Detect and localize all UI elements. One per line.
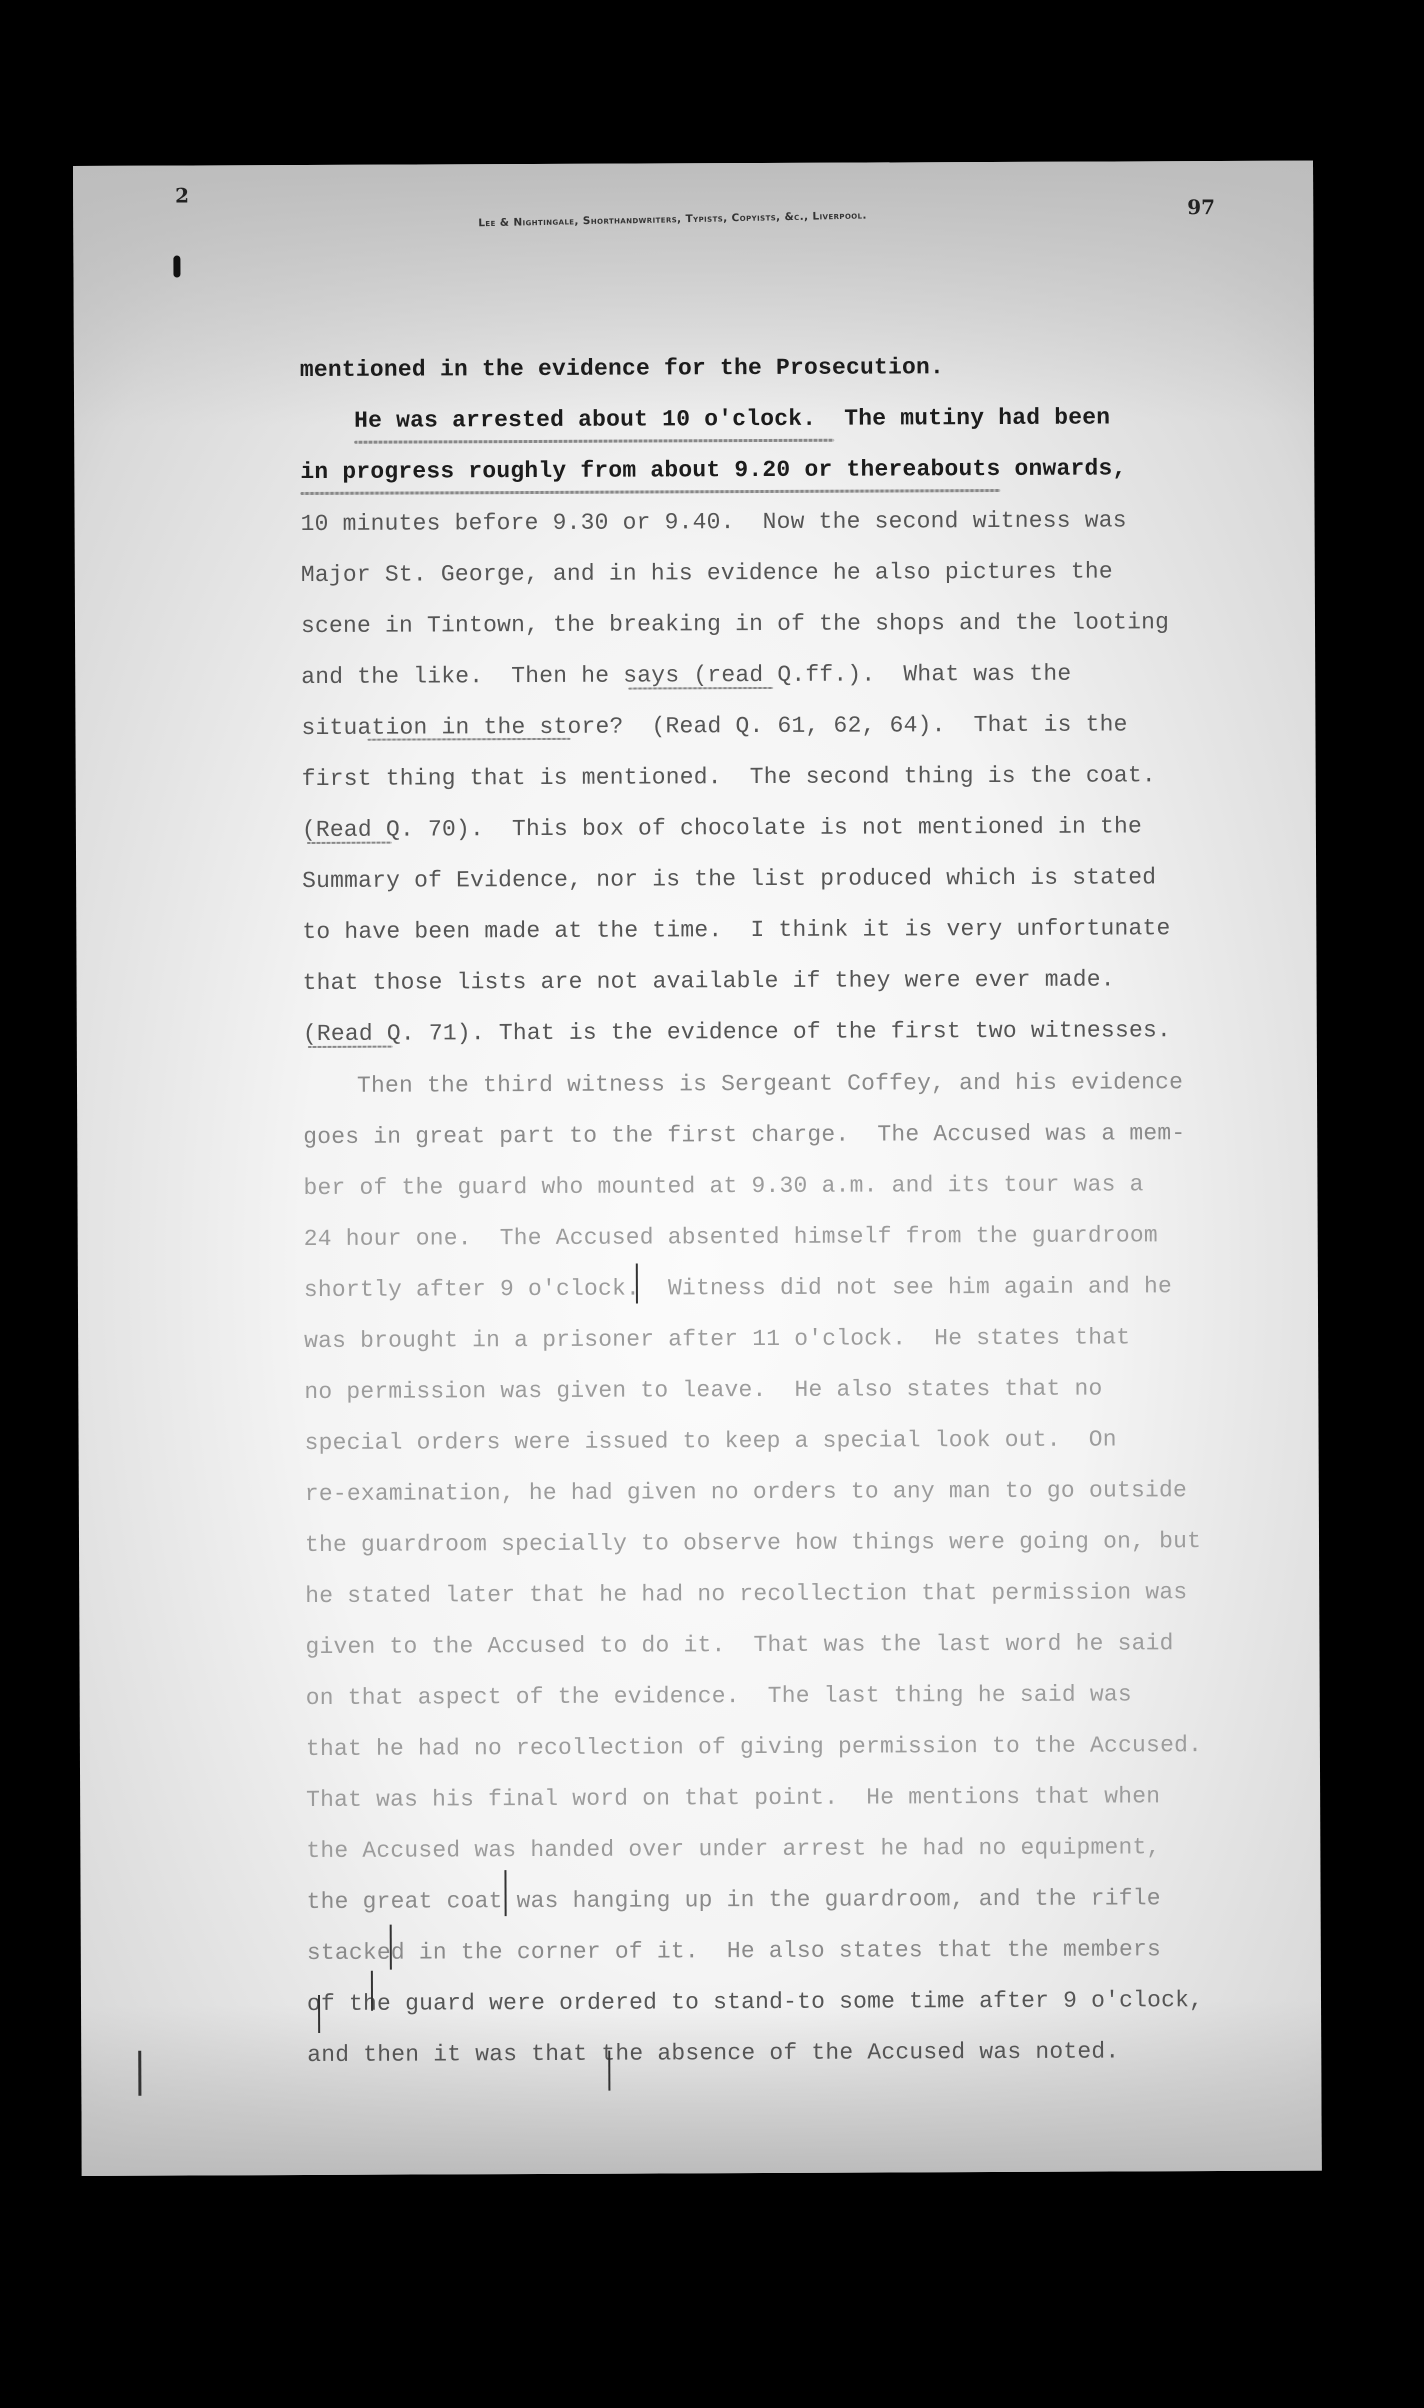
reference-underline <box>368 738 571 741</box>
text-line: on that aspect of the evidence. The last… <box>306 1681 1132 1711</box>
text-line: and the like. Then he says (read Q.ff.).… <box>301 661 1071 690</box>
text-line: re-examination, he had given no orders t… <box>305 1477 1187 1507</box>
pencil-underline <box>300 489 1000 495</box>
page-shading-top <box>73 161 1314 426</box>
text-line: situation in the store? (Read Q. 61, 62,… <box>301 711 1127 741</box>
text-line: (Read Q. 70). This box of chocolate is n… <box>302 813 1142 843</box>
text-line: That was his final word on that point. H… <box>306 1783 1160 1813</box>
text-line: in progress roughly from about 9.20 or t… <box>300 455 1126 485</box>
scan-mark <box>371 1971 373 2011</box>
scan-mark <box>636 1264 638 1304</box>
text-line: (Read Q. 71). That is the evidence of th… <box>303 1017 1171 1047</box>
text-line: shortly after 9 o'clock. Witness did not… <box>304 1273 1172 1303</box>
text-line: was brought in a prisoner after 11 o'clo… <box>304 1324 1130 1354</box>
text-line: Summary of Evidence, nor is the list pro… <box>302 864 1156 894</box>
text-line: stacked in the corner of it. He also sta… <box>307 1936 1161 1966</box>
text-line: and then it was that the absence of the … <box>307 2038 1119 2068</box>
text-line: goes in great part to the first charge. … <box>303 1120 1185 1150</box>
reference-underline <box>307 842 392 844</box>
scan-mark <box>608 2051 610 2091</box>
reference-underline <box>308 1046 393 1048</box>
reference-underline <box>628 687 773 690</box>
text-line: mentioned in the evidence for the Prosec… <box>300 354 944 383</box>
text-line: He was arrested about 10 o'clock. The mu… <box>354 404 1110 433</box>
punch-mark <box>173 256 180 278</box>
text-line: 24 hour one. The Accused absented himsel… <box>304 1222 1158 1252</box>
text-line: scene in Tintown, the breaking in of the… <box>301 609 1169 639</box>
scan-mark <box>318 1995 320 2033</box>
text-line: no permission was given to leave. He als… <box>304 1376 1102 1405</box>
text-line: he stated later that he had no recollect… <box>305 1579 1187 1609</box>
pencil-underline <box>354 439 834 444</box>
page-number-left: 2 <box>175 183 189 207</box>
text-line: that those lists are not available if th… <box>303 966 1115 996</box>
page-shading-bottom <box>81 2001 1322 2176</box>
page-number-right: 97 <box>1187 195 1215 219</box>
text-line: given to the Accused to do it. That was … <box>305 1630 1173 1660</box>
text-line: that he had no recollection of giving pe… <box>306 1732 1202 1762</box>
text-line: Major St. George, and in his evidence he… <box>301 558 1113 588</box>
scan-mark <box>138 2051 141 2096</box>
text-line: first thing that is mentioned. The secon… <box>302 762 1156 792</box>
text-line: the great coat was hanging up in the gua… <box>307 1885 1161 1915</box>
text-line: the Accused was handed over under arrest… <box>306 1834 1160 1864</box>
letterhead: Lee & Nightingale, Shorthandwriters, Typ… <box>478 209 867 229</box>
scan-mark <box>390 1925 392 1970</box>
text-line: Then the third witness is Sergeant Coffe… <box>357 1069 1183 1099</box>
text-line: of the guard were ordered to stand-to so… <box>307 1987 1203 2017</box>
text-line: special orders were issued to keep a spe… <box>305 1426 1117 1456</box>
text-line: the guardroom specially to observe how t… <box>305 1528 1201 1558</box>
document-page: 2 97 Lee & Nightingale, Shorthandwriters… <box>73 161 1322 2176</box>
text-line: 10 minutes before 9.30 or 9.40. Now the … <box>301 507 1127 537</box>
text-line: to have been made at the time. I think i… <box>302 915 1170 945</box>
text-line: ber of the guard who mounted at 9.30 a.m… <box>303 1171 1143 1201</box>
scan-mark <box>504 1870 506 1916</box>
